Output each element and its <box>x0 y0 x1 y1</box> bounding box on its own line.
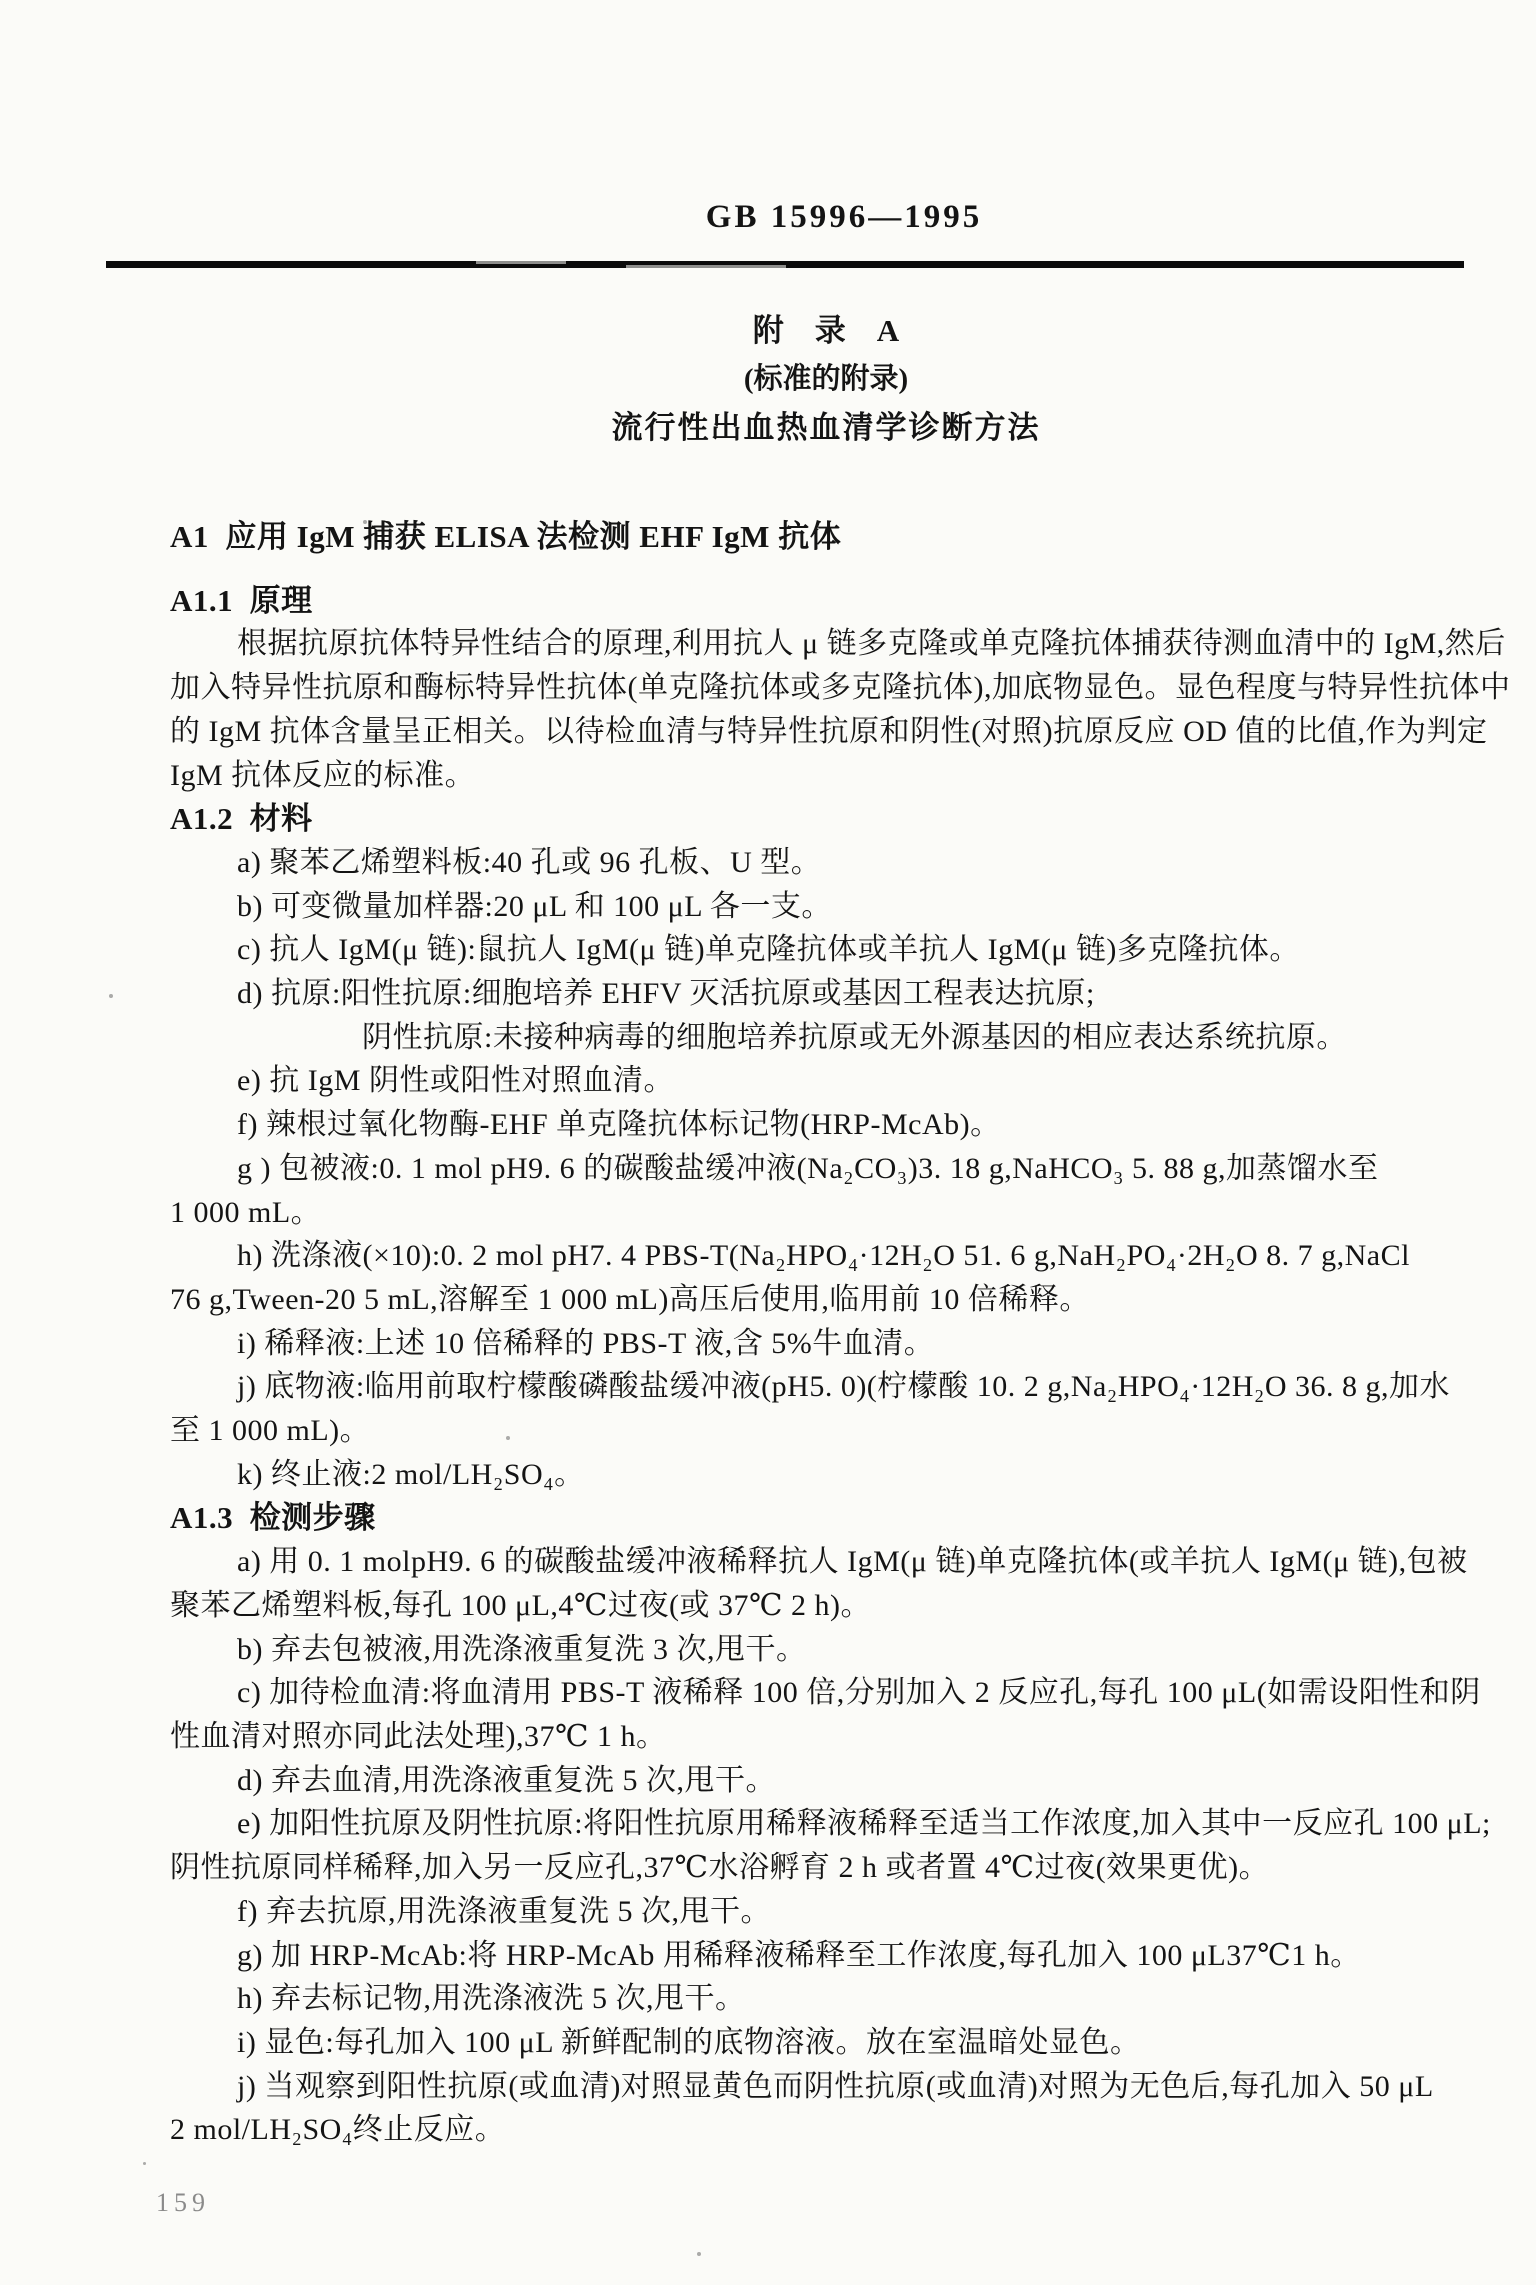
text-line: b) 可变微量加样器:20 μL 和 100 μL 各一支。 <box>0 885 1536 929</box>
text-line: 阴性抗原:未接种病毒的细胞培养抗原或无外源基因的相应表达系统抗原。 <box>0 1016 1536 1060</box>
text-line: h) 洗涤液(×10):0. 2 mol pH7. 4 PBS-T(Na₂HPO… <box>0 1234 1536 1278</box>
text-line: 性血清对照亦同此法处理),37℃ 1 h。 <box>0 1715 1536 1759</box>
ink-gap <box>626 265 786 268</box>
text-line: 加入特异性抗原和酶标特异性抗体(单克隆抗体或多克隆抗体),加底物显色。显色程度与… <box>0 666 1536 710</box>
text-line: A1 应用 IgM 捕获 ELISA 法检测 EHF IgM 抗体 <box>0 515 1536 559</box>
text-line: e) 抗 IgM 阴性或阳性对照血清。 <box>0 1059 1536 1103</box>
text-line: i) 显色:每孔加入 100 μL 新鲜配制的底物溶液。放在室温暗处显色。 <box>0 2021 1536 2065</box>
appendix-label: 附 录 A <box>58 306 1536 355</box>
text-line: A1.2 材料 <box>0 797 1536 841</box>
text-line: k) 终止液:2 mol/LH₂SO₄。 <box>0 1453 1536 1497</box>
scanned-document-page: GB 15996—1995 附 录 A (标准的附录) 流行性出血热血清学诊断方… <box>0 0 1536 2285</box>
text-line: c) 加待检血清:将血清用 PBS-T 液稀释 100 倍,分别加入 2 反应孔… <box>0 1671 1536 1715</box>
text-line: d) 弃去血清,用洗涤液重复洗 5 次,甩干。 <box>0 1759 1536 1803</box>
text-line: j) 底物液:临用前取柠檬酸磷酸盐缓冲液(pH5. 0)(柠檬酸 10. 2 g… <box>0 1365 1536 1409</box>
text-line: A1.3 检测步骤 <box>0 1496 1536 1540</box>
appendix-note: (标准的附录) <box>58 355 1536 403</box>
text-line: 根据抗原抗体特异性结合的原理,利用抗人 μ 链多克隆或单克隆抗体捕获待测血清中的… <box>0 622 1536 666</box>
text-line: b) 弃去包被液,用洗涤液重复洗 3 次,甩干。 <box>0 1628 1536 1672</box>
appendix-title-block: 附 录 A (标准的附录) 流行性出血热血清学诊断方法 <box>58 306 1536 453</box>
text-line: A1.1 原理 <box>0 579 1536 623</box>
text-line: e) 加阳性抗原及阴性抗原:将阳性抗原用稀释液稀释至适当工作浓度,加入其中一反应… <box>0 1802 1536 1846</box>
scan-speck <box>109 994 113 998</box>
text-line: d) 抗原:阳性抗原:细胞培养 EHFV 灭活抗原或基因工程表达抗原; <box>0 972 1536 1016</box>
ink-gap <box>476 261 566 264</box>
text-line: 76 g,Tween-20 5 mL,溶解至 1 000 mL)高压后使用,临用… <box>0 1278 1536 1322</box>
text-line: 聚苯乙烯塑料板,每孔 100 μL,4℃过夜(或 37℃ 2 h)。 <box>0 1584 1536 1628</box>
text-line: 阴性抗原同样稀释,加入另一反应孔,37℃水浴孵育 2 h 或者置 4℃过夜(效果… <box>0 1846 1536 1890</box>
text-line: g) 加 HRP-McAb:将 HRP-McAb 用稀释液稀释至工作浓度,每孔加… <box>0 1934 1536 1978</box>
scan-speck <box>506 1436 510 1440</box>
text-line: IgM 抗体反应的标准。 <box>0 754 1536 798</box>
text-line: a) 聚苯乙烯塑料板:40 孔或 96 孔板、U 型。 <box>0 841 1536 885</box>
text-line: 的 IgM 抗体含量呈正相关。以待检血清与特异性抗原和阴性(对照)抗原反应 OD… <box>0 710 1536 754</box>
scan-speck <box>143 2162 146 2165</box>
text-line: 2 mol/LH₂SO₄终止反应。 <box>0 2108 1536 2152</box>
text-line: a) 用 0. 1 molpH9. 6 的碳酸盐缓冲液稀释抗人 IgM(μ 链)… <box>0 1540 1536 1584</box>
text-line: g ) 包被液:0. 1 mol pH9. 6 的碳酸盐缓冲液(Na₂CO₃)3… <box>0 1147 1536 1191</box>
text-line: j) 当观察到阳性抗原(或血清)对照显黄色而阴性抗原(或血清)对照为无色后,每孔… <box>0 2065 1536 2109</box>
text-line: f) 弃去抗原,用洗涤液重复洗 5 次,甩干。 <box>0 1890 1536 1934</box>
text-line: 1 000 mL。 <box>0 1191 1536 1235</box>
text-line: h) 弃去标记物,用洗涤液洗 5 次,甩干。 <box>0 1977 1536 2021</box>
header-rule <box>106 261 1464 268</box>
text-line: 至 1 000 mL)。 <box>0 1409 1536 1453</box>
appendix-title: 流行性出血热血清学诊断方法 <box>58 403 1536 453</box>
scan-speck <box>363 520 367 524</box>
text-line: f) 辣根过氧化物酶-EHF 单克隆抗体标记物(HRP-McAb)。 <box>0 1103 1536 1147</box>
scan-speck <box>697 2252 701 2256</box>
text-line: i) 稀释液:上述 10 倍稀释的 PBS-T 液,含 5%牛血清。 <box>0 1322 1536 1366</box>
text-line: c) 抗人 IgM(μ 链):鼠抗人 IgM(μ 链)单克隆抗体或羊抗人 IgM… <box>0 928 1536 972</box>
page-number: 159 <box>156 2188 210 2218</box>
document-body: A1 应用 IgM 捕获 ELISA 法检测 EHF IgM 抗体A1.1 原理… <box>0 515 1536 2152</box>
standard-code-header: GB 15996—1995 <box>76 199 1536 236</box>
